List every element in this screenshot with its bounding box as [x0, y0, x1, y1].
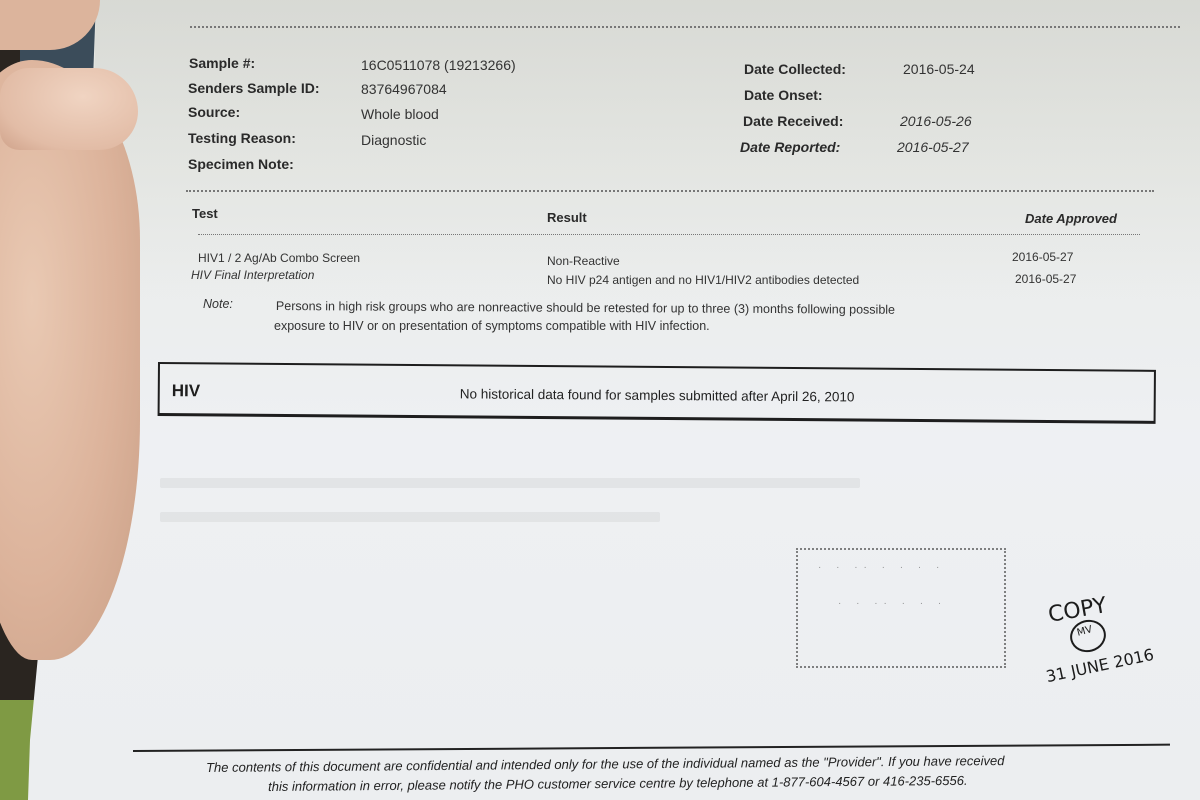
faded-text [160, 512, 660, 522]
thumb [0, 68, 138, 150]
senders-sample-id-label: Senders Sample ID: [188, 80, 320, 96]
test-name: HIV Final Interpretation [191, 268, 314, 282]
column-header-date-approved: Date Approved [1025, 211, 1117, 226]
note-label: Note: [203, 297, 233, 311]
history-box: HIV No historical data found for samples… [158, 362, 1156, 424]
history-box-label: HIV [172, 381, 200, 401]
date-reported-label: Date Reported: [740, 139, 840, 155]
sample-number-value: 16C0511078 (19213266) [361, 57, 516, 73]
testing-reason-value: Diagnostic [361, 132, 426, 148]
senders-sample-id-value: 83764967084 [361, 81, 447, 97]
test-result: No HIV p24 antigen and no HIV1/HIV2 anti… [547, 273, 859, 287]
history-box-message: No historical data found for samples sub… [460, 386, 855, 404]
test-name: HIV1 / 2 Ag/Ab Combo Screen [198, 251, 360, 265]
date-received-value: 2016-05-26 [900, 113, 972, 129]
faded-stamp: · · ·· · · · · · · ·· · · · [796, 548, 1006, 668]
divider [190, 26, 1180, 28]
date-approved: 2016-05-27 [1015, 272, 1076, 286]
divider [198, 234, 1140, 235]
column-header-result: Result [547, 210, 587, 225]
source-label: Source: [188, 104, 240, 120]
column-header-test: Test [192, 206, 218, 221]
sample-number-label: Sample #: [189, 55, 255, 71]
testing-reason-label: Testing Reason: [188, 130, 296, 146]
hand [0, 60, 140, 660]
date-collected-value: 2016-05-24 [903, 61, 975, 77]
date-reported-value: 2016-05-27 [897, 139, 969, 155]
date-onset-label: Date Onset: [744, 87, 823, 103]
specimen-note-label: Specimen Note: [188, 156, 294, 172]
source-value: Whole blood [361, 106, 439, 122]
faded-text [160, 478, 860, 488]
test-result: Non-Reactive [547, 254, 620, 268]
date-received-label: Date Received: [743, 113, 843, 129]
divider [186, 190, 1154, 192]
paper-shadow [0, 0, 1200, 290]
date-collected-label: Date Collected: [744, 61, 846, 77]
date-approved: 2016-05-27 [1012, 250, 1073, 264]
note-text-line2: exposure to HIV or on presentation of sy… [274, 319, 710, 333]
